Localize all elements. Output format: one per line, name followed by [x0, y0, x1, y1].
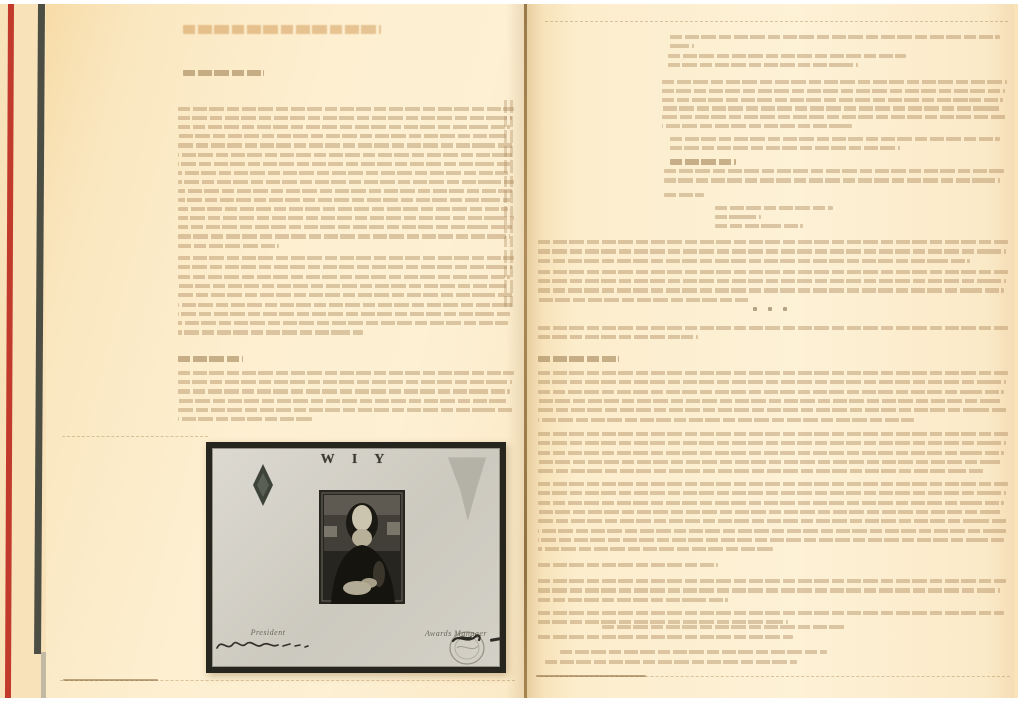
right-top-rule	[545, 21, 1008, 22]
right-para-9	[538, 482, 1008, 556]
right-short-a	[664, 193, 730, 202]
left-para-3	[178, 371, 514, 426]
left-heading-1	[183, 70, 318, 79]
faded-text-layer	[0, 4, 1018, 700]
right-line-f	[545, 660, 965, 669]
right-heading-b	[538, 356, 673, 365]
book-scan-canvas: W I Y	[0, 0, 1024, 711]
right-line-e	[560, 650, 1005, 659]
book-scan: W I Y	[0, 4, 1018, 700]
right-para-8	[538, 432, 1008, 479]
left-para-1	[178, 107, 514, 253]
right-line-d	[538, 635, 963, 644]
right-para-2	[670, 137, 1000, 155]
left-margin-dashes	[62, 436, 208, 437]
right-stars-divider	[753, 307, 787, 311]
wiy-certificate-photo: W I Y	[206, 442, 506, 673]
right-lines-a	[668, 54, 906, 71]
scan-bottom-edge	[0, 698, 1024, 711]
left-bottom-dark	[63, 679, 158, 681]
mona-lisa-illustration	[319, 490, 405, 604]
left-page-title	[183, 25, 513, 34]
certificate-paper: W I Y	[212, 448, 500, 667]
left-heading-2	[178, 356, 286, 365]
left-para-2	[178, 256, 514, 340]
right-address-block	[715, 206, 833, 232]
award-seal-stamp	[449, 631, 486, 666]
right-list-1	[662, 80, 1007, 133]
right-heading-a	[670, 159, 780, 168]
right-para-7	[538, 371, 1008, 427]
president-signature	[215, 635, 315, 657]
right-bottom-dark	[536, 675, 646, 677]
left-vertical-caption	[504, 99, 513, 307]
right-line-c	[602, 625, 1008, 634]
triangle-watermark-icon	[446, 457, 488, 521]
diamond-emblem-icon	[253, 464, 273, 506]
right-para-3	[664, 169, 1004, 188]
ink-initials-mark	[490, 637, 501, 642]
right-para-1	[670, 35, 1000, 53]
diamond-emblem-inner	[257, 473, 269, 497]
right-para-5	[538, 270, 1008, 307]
right-para-4	[538, 240, 1008, 268]
right-para-6	[538, 326, 1008, 345]
right-line-b	[538, 563, 838, 572]
mona-lisa-photo	[319, 490, 405, 604]
right-para-10	[538, 579, 1006, 607]
